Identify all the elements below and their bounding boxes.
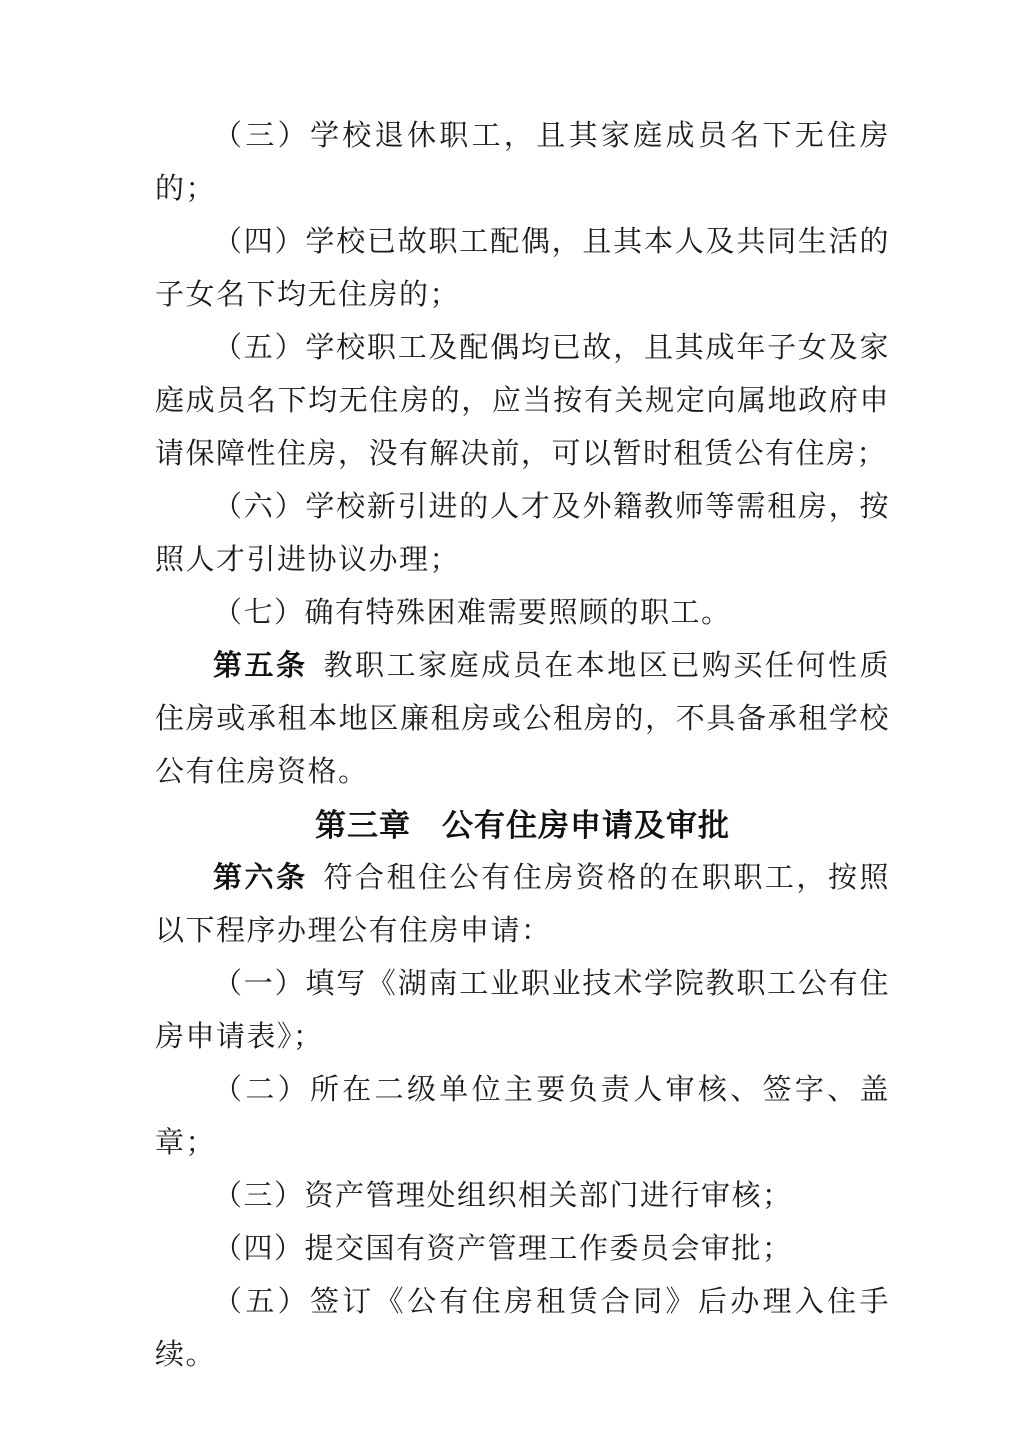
- clause-text: （六）学校新引进的人才及外籍教师等需租房，按照人才引进协议办理；: [155, 491, 890, 576]
- clause-item-4: （四）学校已故职工配偶，且其本人及共同生活的子女名下均无住房的；: [155, 216, 890, 322]
- clause-item-6: （六）学校新引进的人才及外籍教师等需租房，按照人才引进协议办理；: [155, 481, 890, 587]
- clause-text: （二）所在二级单位主要负责人审核、签字、盖章；: [155, 1074, 890, 1159]
- clause-text: （四）学校已故职工配偶，且其本人及共同生活的子女名下均无住房的；: [155, 226, 890, 311]
- document-content: （三）学校退休职工，且其家庭成员名下无住房的； （四）学校已故职工配偶，且其本人…: [155, 110, 890, 1382]
- chapter-heading: 第三章公有住房申请及审批: [155, 799, 890, 852]
- procedure-item-1: （一）填写《湖南工业职业技术学院教职工公有住房申请表》；: [155, 958, 890, 1064]
- clause-item-5: （五）学校职工及配偶均已故，且其成年子女及家庭成员名下均无住房的，应当按有关规定…: [155, 322, 890, 481]
- clause-text: （三）资产管理处组织相关部门进行审核；: [213, 1180, 793, 1212]
- article-number: 第六条: [213, 862, 308, 894]
- procedure-item-4: （四）提交国有资产管理工作委员会审批；: [155, 1223, 890, 1276]
- clause-text: （四）提交国有资产管理工作委员会审批；: [213, 1233, 793, 1265]
- clause-item-7: （七）确有特殊困难需要照顾的职工。: [155, 587, 890, 640]
- article-5: 第五条教职工家庭成员在本地区已购买任何性质住房或承租本地区廉租房或公租房的，不具…: [155, 640, 890, 799]
- clause-text: （三）学校退休职工，且其家庭成员名下无住房的；: [155, 120, 890, 205]
- article-6: 第六条符合租住公有住房资格的在职职工，按照以下程序办理公有住房申请：: [155, 852, 890, 958]
- document-page: （三）学校退休职工，且其家庭成员名下无住房的； （四）学校已故职工配偶，且其本人…: [0, 0, 1024, 1448]
- procedure-item-3: （三）资产管理处组织相关部门进行审核；: [155, 1170, 890, 1223]
- procedure-item-2: （二）所在二级单位主要负责人审核、签字、盖章；: [155, 1064, 890, 1170]
- procedure-item-5: （五）签订《公有住房租赁合同》后办理入住手续。: [155, 1276, 890, 1382]
- article-number: 第五条: [213, 650, 308, 682]
- chapter-title: 公有住房申请及审批: [442, 808, 730, 843]
- chapter-number: 第三章: [315, 808, 411, 843]
- clause-text: （一）填写《湖南工业职业技术学院教职工公有住房申请表》；: [155, 968, 890, 1053]
- clause-text: （五）学校职工及配偶均已故，且其成年子女及家庭成员名下均无住房的，应当按有关规定…: [155, 332, 890, 470]
- clause-item-3: （三）学校退休职工，且其家庭成员名下无住房的；: [155, 110, 890, 216]
- clause-text: （七）确有特殊困难需要照顾的职工。: [213, 597, 732, 629]
- clause-text: （五）签订《公有住房租赁合同》后办理入住手续。: [155, 1286, 890, 1371]
